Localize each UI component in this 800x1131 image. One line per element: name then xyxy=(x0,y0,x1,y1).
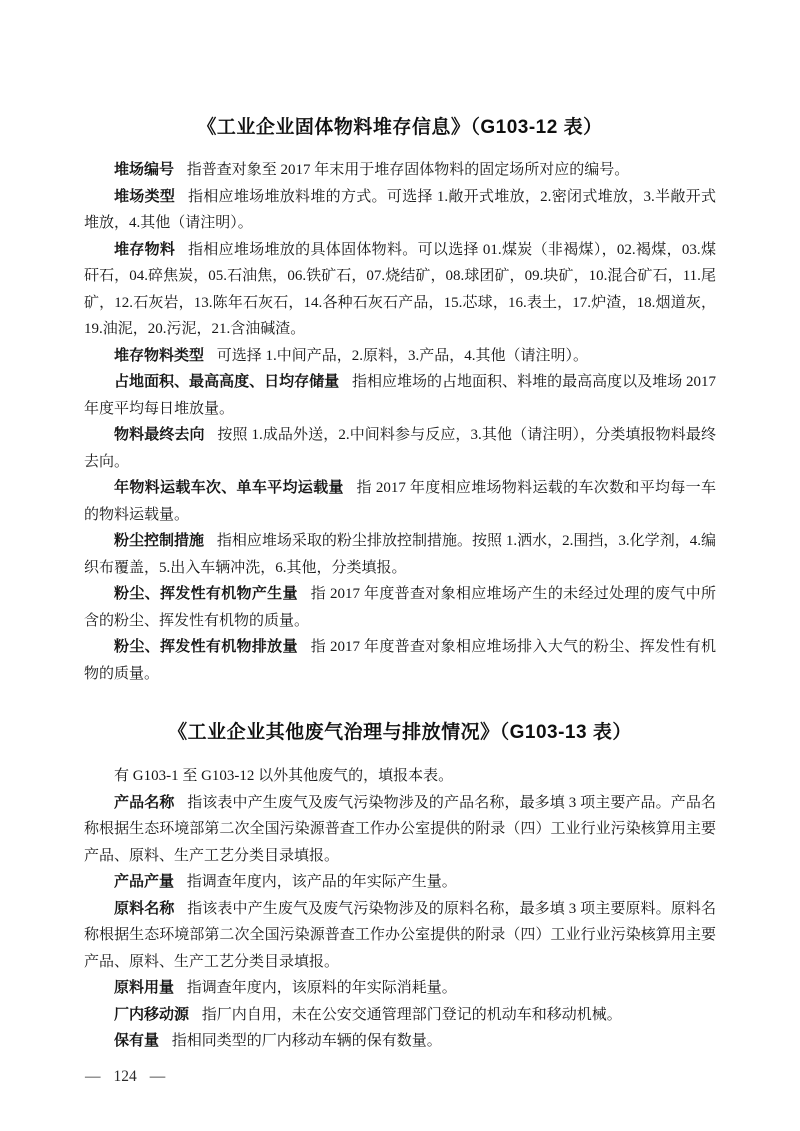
paragraph-term: 占地面积、最高高度、日均存储量 xyxy=(114,373,339,390)
document-page: 《工业企业固体物料堆存信息》（G103-12 表）堆场编号指普查对象至 2017… xyxy=(0,0,800,1131)
paragraph: 物料最终去向按照 1.成品外送，2.中间料参与反应，3.其他（请注明），分类填报… xyxy=(84,422,716,475)
footer-dash-right: — xyxy=(150,1067,166,1087)
paragraph-text: 指调查年度内，该原料的年实际消耗量。 xyxy=(187,980,457,996)
paragraph-term: 粉尘控制措施 xyxy=(114,532,204,549)
footer-dash-left: — xyxy=(85,1067,101,1087)
paragraph-term: 物料最终去向 xyxy=(114,426,205,443)
paragraph: 厂内移动源指厂内自用，未在公安交通管理部门登记的机动车和移动机械。 xyxy=(84,1002,716,1029)
paragraph-term: 堆场编号 xyxy=(114,161,174,178)
paragraph-term: 粉尘、挥发性有机物产生量 xyxy=(114,585,298,602)
paragraph-text: 有 G103-1 至 G103-12 以外其他废气的，填报本表。 xyxy=(114,768,453,784)
paragraph-term: 保有量 xyxy=(114,1032,159,1049)
paragraph: 有 G103-1 至 G103-12 以外其他废气的，填报本表。 xyxy=(84,763,716,790)
paragraph: 堆场编号指普查对象至 2017 年末用于堆存固体物料的固定场所对应的编号。 xyxy=(84,157,716,184)
paragraph-term: 产品名称 xyxy=(114,794,174,811)
paragraph: 堆存物料指相应堆场堆放的具体固体物料。可以选择 01.煤炭（非褐煤），02.褐煤… xyxy=(84,237,716,343)
paragraph-text: 指该表中产生废气及废气污染物涉及的原料名称，最多填 3 项主要原料。原料名称根据… xyxy=(84,901,716,970)
document-body: 《工业企业固体物料堆存信息》（G103-12 表）堆场编号指普查对象至 2017… xyxy=(84,115,716,1055)
paragraph: 堆存物料类型可选择 1.中间产品，2.原料，3.产品，4.其他（请注明）。 xyxy=(84,343,716,370)
paragraph-text: 指普查对象至 2017 年末用于堆存固体物料的固定场所对应的编号。 xyxy=(187,162,630,178)
page-footer: — 124 — xyxy=(84,1067,716,1087)
paragraph-text: 可选择 1.中间产品，2.原料，3.产品，4.其他（请注明）。 xyxy=(217,348,588,364)
paragraph: 占地面积、最高高度、日均存储量指相应堆场的占地面积、料堆的最高高度以及堆场 20… xyxy=(84,369,716,422)
section-title: 《工业企业其他废气治理与排放情况》（G103-13 表） xyxy=(84,720,716,746)
paragraph: 产品名称指该表中产生废气及废气污染物涉及的产品名称，最多填 3 项主要产品。产品… xyxy=(84,790,716,870)
paragraph: 粉尘、挥发性有机物排放量指 2017 年度普查对象相应堆场排入大气的粉尘、挥发性… xyxy=(84,634,716,687)
paragraph: 粉尘控制措施指相应堆场采取的粉尘排放控制措施。按照 1.洒水，2.围挡，3.化学… xyxy=(84,528,716,581)
page-number: 124 xyxy=(114,1067,137,1087)
paragraph-text: 指相应堆场堆放的具体固体物料。可以选择 01.煤炭（非褐煤），02.褐煤，03.… xyxy=(84,242,716,338)
paragraph-term: 产品产量 xyxy=(114,873,174,890)
paragraph-text: 指该表中产生废气及废气污染物涉及的产品名称，最多填 3 项主要产品。产品名称根据… xyxy=(84,795,716,864)
paragraph-term: 堆场类型 xyxy=(114,188,175,205)
paragraph: 原料用量指调查年度内，该原料的年实际消耗量。 xyxy=(84,975,716,1002)
section-title: 《工业企业固体物料堆存信息》（G103-12 表） xyxy=(84,115,716,141)
paragraph-term: 年物料运载车次、单车平均运载量 xyxy=(114,479,344,496)
paragraph-term: 堆存物料类型 xyxy=(114,347,204,364)
paragraph-term: 厂内移动源 xyxy=(114,1006,189,1023)
paragraph-term: 原料用量 xyxy=(114,979,174,996)
paragraph: 粉尘、挥发性有机物产生量指 2017 年度普查对象相应堆场产生的未经过处理的废气… xyxy=(84,581,716,634)
paragraph: 产品产量指调查年度内，该产品的年实际产生量。 xyxy=(84,869,716,896)
document-section: 《工业企业固体物料堆存信息》（G103-12 表）堆场编号指普查对象至 2017… xyxy=(84,115,716,687)
paragraph: 年物料运载车次、单车平均运载量指 2017 年度相应堆场物料运载的车次数和平均每… xyxy=(84,475,716,528)
paragraph-text: 指相同类型的厂内移动车辆的保有数量。 xyxy=(172,1033,442,1049)
paragraph-text: 指厂内自用，未在公安交通管理部门登记的机动车和移动机械。 xyxy=(202,1007,622,1023)
paragraph: 堆场类型指相应堆场堆放料堆的方式。可选择 1.敞开式堆放，2.密闭式堆放，3.半… xyxy=(84,184,716,237)
paragraph-text: 指调查年度内，该产品的年实际产生量。 xyxy=(187,874,457,890)
paragraph-text: 指相应堆场堆放料堆的方式。可选择 1.敞开式堆放，2.密闭式堆放，3.半敞开式堆… xyxy=(84,189,716,232)
document-section: 《工业企业其他废气治理与排放情况》（G103-13 表）有 G103-1 至 G… xyxy=(84,720,716,1055)
paragraph-term: 堆存物料 xyxy=(114,241,175,258)
paragraph-term: 原料名称 xyxy=(114,900,174,917)
paragraph: 保有量指相同类型的厂内移动车辆的保有数量。 xyxy=(84,1028,716,1055)
paragraph: 原料名称指该表中产生废气及废气污染物涉及的原料名称，最多填 3 项主要原料。原料… xyxy=(84,896,716,976)
paragraph-term: 粉尘、挥发性有机物排放量 xyxy=(114,638,298,655)
